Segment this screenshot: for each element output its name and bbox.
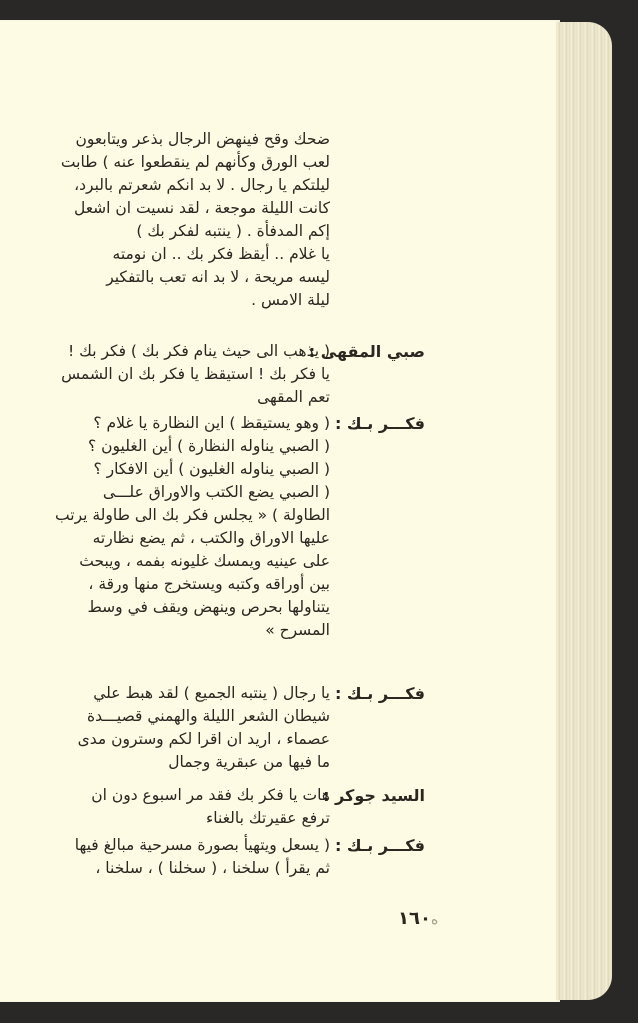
dialogue-block-fikr-bek: فكـــر بـك : ( يسعل ويتهيأ بصورة مسرحية … — [40, 834, 425, 880]
speaker-label: فكـــر بـك : — [330, 682, 425, 774]
text-line: ليسه مريحة ، لا بد انه تعب بالتفكير — [40, 266, 330, 289]
page-number-prefix: ه — [431, 912, 438, 928]
text-line: إكم المدفأة . ( ينتبه لفكر بك ) — [40, 220, 330, 243]
text-line: شيطان الشعر الليلة والهمني قصيـــدة — [40, 705, 330, 728]
text-line: يا رجال ( ينتبه الجميع ) لقد هبط علي — [40, 682, 330, 705]
text-line: ( الصبي يضع الكتب والاوراق علـــى — [40, 481, 330, 504]
text-line: ( يذهب الى حيث ينام فكر بك ) فكر بك ! — [40, 340, 330, 363]
text-line: كانت الليلة موجعة ، لقد نسيت ان اشعل — [40, 197, 330, 220]
dialogue-block-fikr-bek: فكـــر بـك : ( وهو يستيقظ ) اين النظارة … — [40, 412, 425, 642]
speaker-label: صبي المقهى : — [330, 340, 425, 409]
text-line: ( الصبي يناوله الغليون ) أين الافكار ؟ — [40, 458, 330, 481]
text-line: بين أوراقه وكتبه ويستخرج منها ورقة ، — [40, 573, 330, 596]
text-line: ثم يقرأ ) سلخنا ، ( سخلنا ) ، سلخنا ، — [40, 857, 330, 880]
stage-direction-block: ضحك وقح فينهض الرجال بذعر ويتابعون لعب ا… — [40, 128, 425, 312]
text-line: يا غلام .. أيقظ فكر بك .. ان نومته — [40, 243, 330, 266]
text-line: المسرح » — [40, 619, 330, 642]
text-line: ليلة الامس . — [40, 289, 330, 312]
text-line: على عينيه ويمسك غليونه بفمه ، ويبحث — [40, 550, 330, 573]
text-line: يتناولها بحرص وينهض ويقف في وسط — [40, 596, 330, 619]
text-line: ضحك وقح فينهض الرجال بذعر ويتابعون — [40, 128, 330, 151]
text-line: عصماء ، اريد ان اقرا لكم وسترون مدى — [40, 728, 330, 751]
text-line: الطاولة ) « يجلس فكر بك الى طاولة يرتب — [40, 504, 330, 527]
speaker-label: فكـــر بـك : — [330, 412, 425, 642]
text-line: يا فكر بك ! استيقظ يا فكر بك ان الشمس — [40, 363, 330, 386]
text-line: هات يا فكر بك فقد مر اسبوع دون ان — [40, 784, 330, 807]
text-line: تعم المقهى — [40, 386, 330, 409]
text-line: ( الصبي يناوله النظارة ) أين الغليون ؟ — [40, 435, 330, 458]
page-number-value: ١٦٠ — [398, 908, 431, 929]
speech-text: يا رجال ( ينتبه الجميع ) لقد هبط علي شيط… — [40, 682, 330, 774]
dialogue-block-cafe-boy: صبي المقهى : ( يذهب الى حيث ينام فكر بك … — [40, 340, 425, 409]
text-line: ( يسعل ويتهيأ بصورة مسرحية مبالغ فيها — [40, 834, 330, 857]
dialogue-block-mr-joker: السيد جوكر : هات يا فكر بك فقد مر اسبوع … — [40, 784, 425, 830]
speech-text: ( وهو يستيقظ ) اين النظارة يا غلام ؟ ( ا… — [40, 412, 330, 642]
page-number: ه١٦٠ — [398, 908, 438, 929]
page-edges — [556, 22, 612, 1000]
speaker-label — [330, 128, 425, 312]
text-line: ما فيها من عبقرية وجمال — [40, 751, 330, 774]
speaker-label: السيد جوكر : — [330, 784, 425, 830]
text-line: ( وهو يستيقظ ) اين النظارة يا غلام ؟ — [40, 412, 330, 435]
speech-text: ( يسعل ويتهيأ بصورة مسرحية مبالغ فيها ثم… — [40, 834, 330, 880]
speaker-label: فكـــر بـك : — [330, 834, 425, 880]
text-line: عليها الاوراق والكتب ، ثم يضع نظارته — [40, 527, 330, 550]
speech-text: ( يذهب الى حيث ينام فكر بك ) فكر بك ! يا… — [40, 340, 330, 409]
text-line: ترفع عقيرتك بالغناء — [40, 807, 330, 830]
dialogue-text: ضحك وقح فينهض الرجال بذعر ويتابعون لعب ا… — [30, 128, 425, 908]
text-line: لعب الورق وكأنهم لم ينقطعوا عنه ) طابت — [40, 151, 330, 174]
text-line: ليلتكم يا رجال . لا بد انكم شعرتم بالبرد… — [40, 174, 330, 197]
dialogue-block-fikr-bek: فكـــر بـك : يا رجال ( ينتبه الجميع ) لق… — [40, 682, 425, 774]
speech-text: هات يا فكر بك فقد مر اسبوع دون ان ترفع ع… — [40, 784, 330, 830]
speech-text: ضحك وقح فينهض الرجال بذعر ويتابعون لعب ا… — [40, 128, 330, 312]
